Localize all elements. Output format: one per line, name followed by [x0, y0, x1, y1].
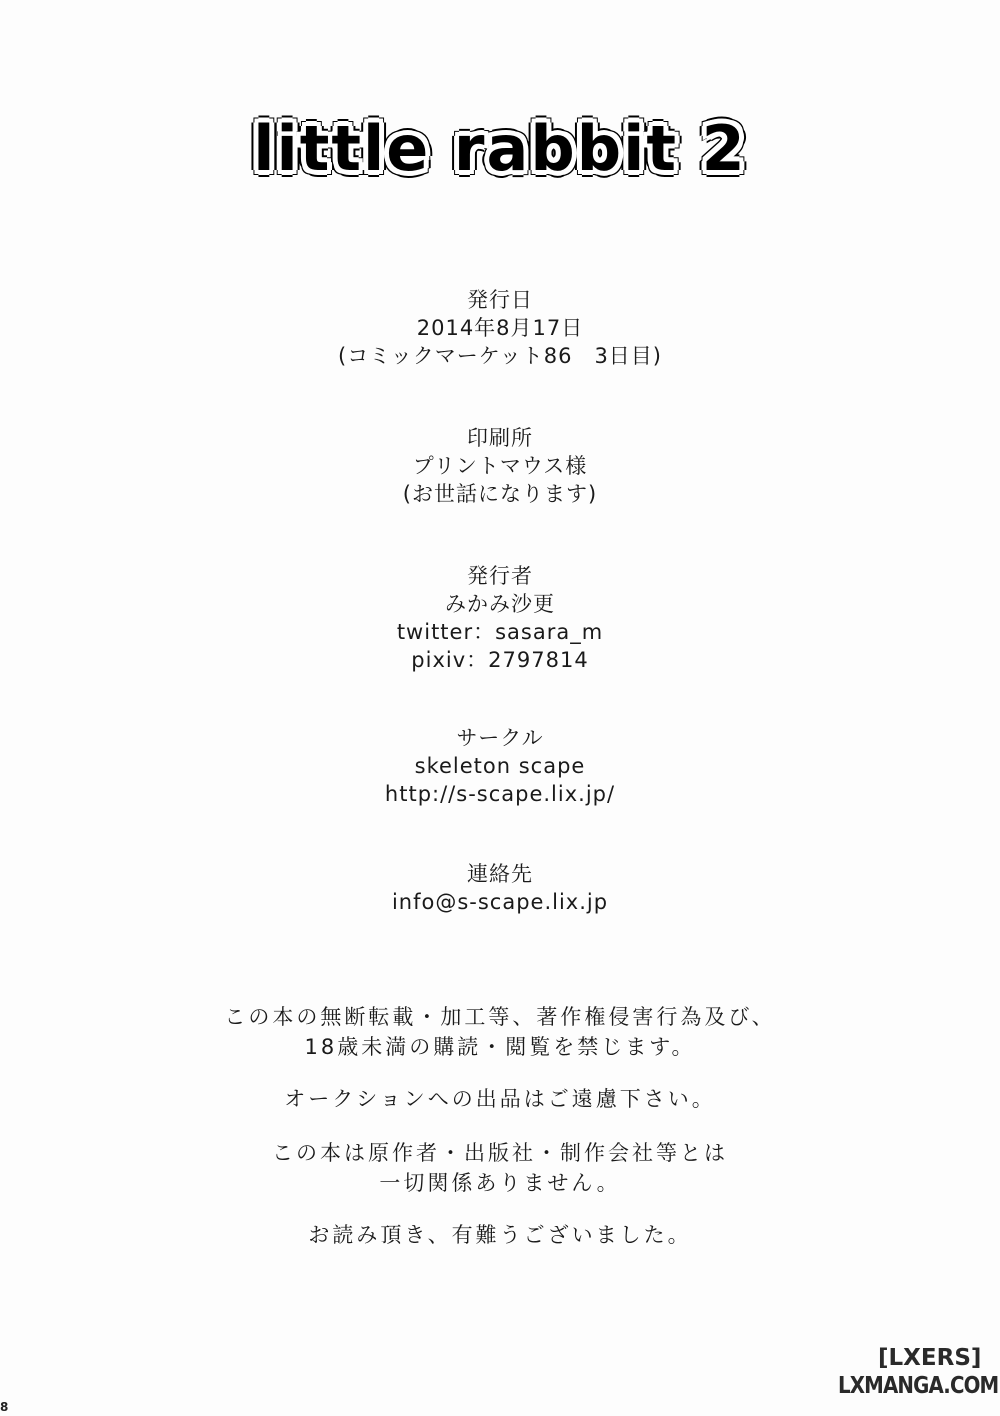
printer-section: 印刷所 プリントマウス様 (お世話になります): [0, 424, 1000, 508]
circle-heading: サークル: [0, 724, 1000, 752]
printer-heading: 印刷所: [0, 424, 1000, 452]
contact-heading: 連絡先: [0, 860, 1000, 888]
publisher-twitter: twitter：sasara_m: [0, 618, 1000, 646]
publisher-section: 発行者 みかみ沙更 twitter：sasara_m pixiv：2797814: [0, 562, 1000, 674]
copyright-line-1: この本の無断転載・加工等、著作権侵害行為及び、: [0, 1002, 1000, 1032]
copyright-notice: この本の無断転載・加工等、著作権侵害行為及び、 18歳未満の購読・閲覧を禁じます…: [0, 1002, 1000, 1062]
watermark-line-1: [LXERS]: [838, 1344, 998, 1372]
publisher-name: みかみ沙更: [0, 590, 1000, 618]
disclaimer-line-1: この本は原作者・出版社・制作会社等とは: [0, 1138, 1000, 1168]
auction-notice: オークションへの出品はご遠慮下さい。: [0, 1084, 1000, 1114]
issue-date-heading: 発行日: [0, 286, 1000, 314]
circle-section: サークル skeleton scape http://s-scape.lix.j…: [0, 724, 1000, 808]
issue-date-event: (コミックマーケット86 3日目): [0, 342, 1000, 370]
publisher-pixiv: pixiv：2797814: [0, 646, 1000, 674]
contact-email: info@s-scape.lix.jp: [0, 888, 1000, 916]
issue-date-section: 発行日 2014年8月17日 (コミックマーケット86 3日目): [0, 286, 1000, 370]
printer-name: プリントマウス様: [0, 452, 1000, 480]
colophon-page: little rabbit 2 発行日 2014年8月17日 (コミックマーケッ…: [0, 0, 1000, 1416]
page-number: 8: [0, 1400, 8, 1414]
thanks-line: お読み頂き、有難うございました。: [0, 1220, 1000, 1250]
book-title-text: little rabbit 2: [235, 108, 764, 194]
circle-url: http://s-scape.lix.jp/: [0, 780, 1000, 808]
watermark-line-2: LXMANGA.COM: [838, 1372, 976, 1400]
book-title: little rabbit 2: [0, 108, 1000, 194]
disclaimer-notice: この本は原作者・出版社・制作会社等とは 一切関係ありません。: [0, 1138, 1000, 1198]
watermark: [LXERS] LXMANGA.COM: [838, 1344, 998, 1400]
issue-date-value: 2014年8月17日: [0, 314, 1000, 342]
printer-note: (お世話になります): [0, 480, 1000, 508]
contact-section: 連絡先 info@s-scape.lix.jp: [0, 860, 1000, 916]
copyright-line-2: 18歳未満の購読・閲覧を禁じます。: [0, 1032, 1000, 1062]
disclaimer-line-2: 一切関係ありません。: [0, 1168, 1000, 1198]
circle-name: skeleton scape: [0, 752, 1000, 780]
thanks-notice: お読み頂き、有難うございました。: [0, 1220, 1000, 1250]
publisher-heading: 発行者: [0, 562, 1000, 590]
auction-line: オークションへの出品はご遠慮下さい。: [0, 1084, 1000, 1114]
